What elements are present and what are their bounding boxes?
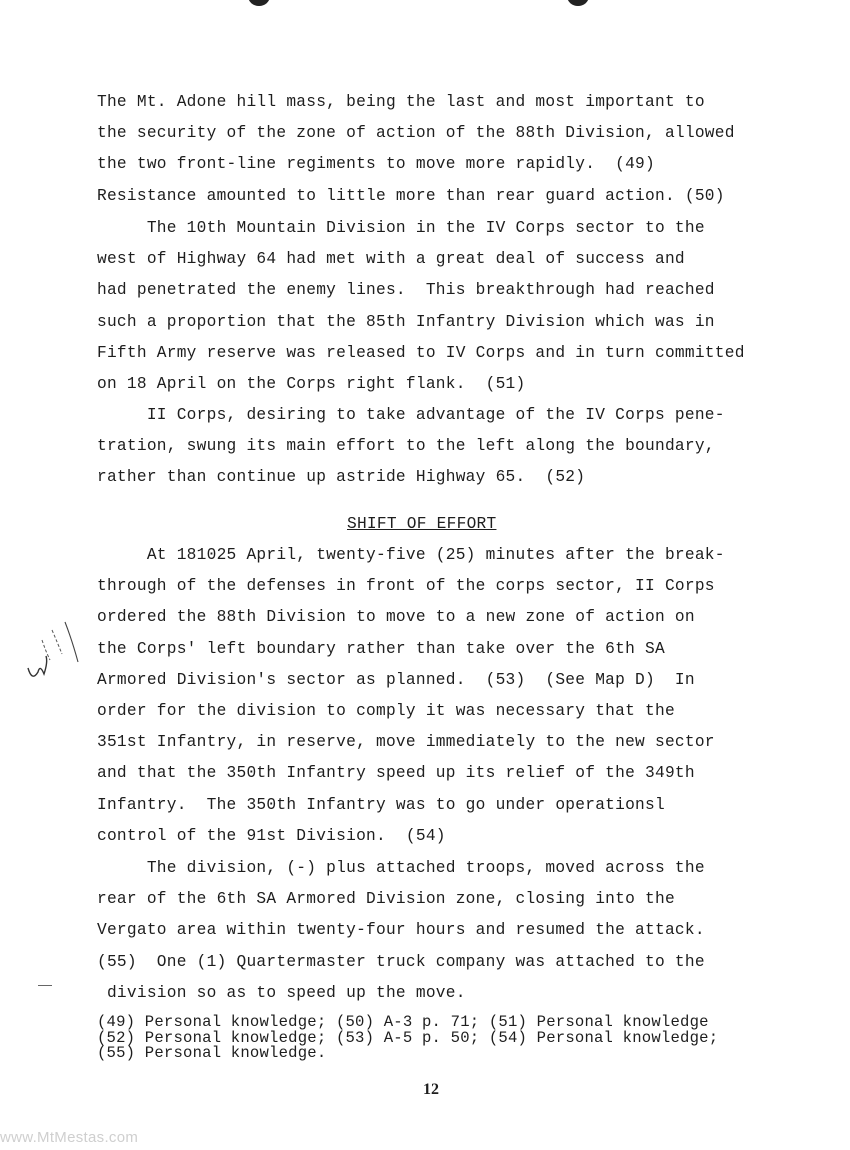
text-line: rather than continue up astride Highway … <box>97 467 585 487</box>
text-line: such a proportion that the 85th Infantry… <box>97 312 715 332</box>
text-line: Fifth Army reserve was released to IV Co… <box>97 343 745 363</box>
binder-hole-right <box>567 0 589 6</box>
text-line: (55) One (1) Quartermaster truck company… <box>97 952 705 972</box>
text-line: The division, (-) plus attached troops, … <box>97 858 705 878</box>
text-line: west of Highway 64 had met with a great … <box>97 249 685 269</box>
text-line: rear of the 6th SA Armored Division zone… <box>97 889 675 909</box>
text-line: the two front-line regiments to move mor… <box>97 154 655 174</box>
footnote-line: (49) Personal knowledge; (50) A-3 p. 71;… <box>97 1015 709 1030</box>
text-line: the Corps' left boundary rather than tak… <box>97 639 665 659</box>
text-line: The Mt. Adone hill mass, being the last … <box>97 92 705 112</box>
text-line: ordered the 88th Division to move to a n… <box>97 607 695 627</box>
text-line: tration, swung its main effort to the le… <box>97 436 715 456</box>
page-number: 12 <box>423 1081 439 1099</box>
text-line: and that the 350th Infantry speed up its… <box>97 763 695 783</box>
text-line: through of the defenses in front of the … <box>97 576 715 596</box>
margin-mark <box>38 985 52 986</box>
text-line: had penetrated the enemy lines. This bre… <box>97 280 715 300</box>
text-line: At 181025 April, twenty-five (25) minute… <box>97 545 725 565</box>
footnote-line: (55) Personal knowledge. <box>97 1046 326 1061</box>
text-line: Infantry. The 350th Infantry was to go u… <box>97 795 665 815</box>
section-heading: SHIFT OF EFFORT <box>347 514 496 534</box>
watermark: www.MtMestas.com <box>0 1129 138 1146</box>
text-line: Vergato area within twenty-four hours an… <box>97 920 705 940</box>
text-line: control of the 91st Division. (54) <box>97 826 446 846</box>
text-line: Armored Division's sector as planned. (5… <box>97 670 695 690</box>
text-line: The 10th Mountain Division in the IV Cor… <box>97 218 705 238</box>
text-line: the security of the zone of action of th… <box>97 123 735 143</box>
binder-hole-left <box>248 0 270 6</box>
text-line: on 18 April on the Corps right flank. (5… <box>97 374 525 394</box>
text-line: division so as to speed up the move. <box>97 983 466 1003</box>
text-line: II Corps, desiring to take advantage of … <box>97 405 725 425</box>
handwritten-initials <box>10 600 90 690</box>
text-line: Resistance amounted to little more than … <box>97 186 725 206</box>
text-line: 351st Infantry, in reserve, move immedia… <box>97 732 715 752</box>
text-line: order for the division to comply it was … <box>97 701 675 721</box>
